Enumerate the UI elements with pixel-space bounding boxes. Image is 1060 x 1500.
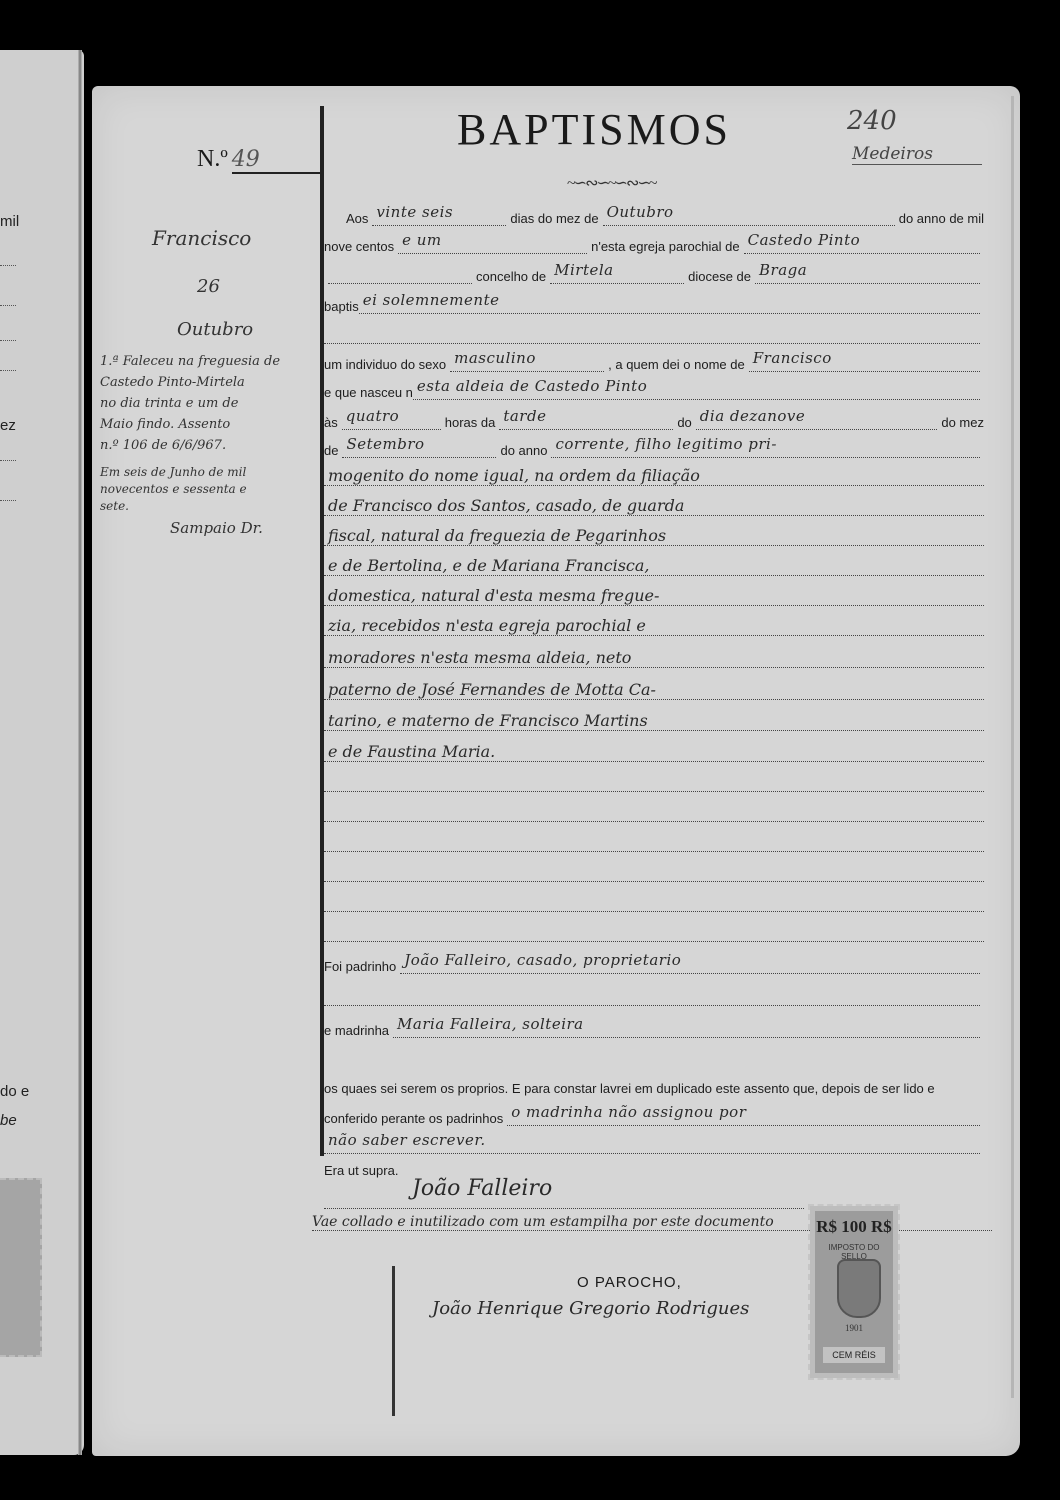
label: de	[324, 443, 338, 458]
field-birth-year: corrente, filho legitimo pri-	[551, 435, 980, 458]
dotted-line	[0, 460, 16, 461]
label: às	[324, 415, 338, 430]
field-godfather: João Falleiro, casado, proprietario	[400, 951, 980, 974]
parocho-signature: João Henrique Gregorio Rodrigues	[432, 1298, 749, 1319]
label: horas da	[445, 415, 496, 430]
register-page: BAPTISMOS ~∽∾∽~∽∾∽~ 240 Medeiros N.º49 F…	[92, 86, 1020, 1456]
form-row-conferido: conferido perante os padrinhos o madrinh…	[324, 1098, 984, 1126]
label: dias do mez de	[510, 211, 598, 226]
body-line: zia, recebidos n'esta egreja parochial e	[324, 608, 984, 636]
body-line	[324, 914, 984, 942]
left-page-fragment: do e	[0, 1083, 29, 1100]
lower-rule	[392, 1266, 395, 1416]
field-blank	[328, 261, 472, 284]
margin-date: 26	[197, 276, 220, 297]
closing-text: os quaes sei serem os proprios. E para c…	[324, 1081, 935, 1096]
entry-number: N.º49	[197, 146, 322, 174]
dotted-line	[0, 370, 16, 371]
label: do mez	[941, 415, 984, 430]
field-concelho: Mirtela	[550, 261, 684, 284]
label: diocese de	[688, 269, 751, 284]
label: e que nasceu n	[324, 385, 413, 400]
field-godmother: Maria Falleira, solteira	[393, 1015, 980, 1038]
form-row-godfather: Foi padrinho João Falleiro, casado, prop…	[324, 946, 984, 974]
coat-of-arms-icon	[837, 1259, 881, 1318]
revenue-stamp: R$ 100 R$ IMPOSTO DO SELLO 1901 CEM RÉIS	[810, 1206, 898, 1378]
entry-number-label: N.º	[197, 146, 228, 172]
body-line	[324, 884, 984, 912]
form-row-concelho: concelho de Mirtela diocese de Braga	[324, 256, 984, 284]
parocho-label: O PAROCHO,	[577, 1274, 682, 1291]
entry-number-value: 49	[232, 147, 322, 174]
label: n'esta egreja parochial de	[591, 239, 739, 254]
field-baptism-type: ei solemnemente	[359, 291, 980, 314]
label: do anno	[500, 443, 547, 458]
form-row-blank	[324, 316, 984, 344]
label: Foi padrinho	[324, 959, 396, 974]
dotted-line	[0, 340, 16, 341]
godfather-signature: João Falleiro	[412, 1176, 552, 1201]
stamp-denomination: CEM RÉIS	[823, 1347, 885, 1363]
label: conferido perante os padrinhos	[324, 1111, 503, 1126]
note-line: sete.	[100, 498, 320, 515]
title-ornament: ~∽∾∽~∽∾∽~	[567, 173, 655, 193]
label: do anno de mil	[899, 211, 984, 226]
field-hour: quatro	[342, 407, 441, 430]
body-line: fiscal, natural da freguezia de Pegarinh…	[324, 518, 984, 546]
form-row-time: às quatro horas da tarde do dia dezanove…	[324, 402, 984, 430]
field-name: Francisco	[749, 349, 980, 372]
stamp-value: R$ 100 R$	[815, 1217, 893, 1237]
form-row-era: Era ut supra.	[324, 1150, 984, 1178]
label: nove centos	[324, 239, 394, 254]
form-row-birth-month: de Setembro do anno corrente, filho legi…	[324, 430, 984, 458]
body-line	[324, 824, 984, 852]
body-line	[324, 854, 984, 882]
left-page-fragment: mil	[0, 213, 19, 230]
margin-death-note: 1.ª Faleceu na freguesia de Castedo Pint…	[100, 351, 320, 541]
margin-name: Francisco	[152, 226, 251, 250]
page-edge	[1011, 96, 1014, 1398]
left-page-fragment: ez	[0, 417, 16, 434]
form-row-baptism: baptis ei solemnemente	[324, 286, 984, 314]
note-line: Maio findo. Assento	[100, 414, 320, 435]
form-row-birthplace: e que nasceu n esta aldeia de Castedo Pi…	[324, 372, 984, 400]
margin-month: Outubro	[177, 319, 253, 340]
note-line: no dia trinta e um de	[100, 393, 320, 414]
corner-number: 240	[847, 106, 897, 136]
form-row-sex-name: um individuo do sexo masculino , a quem …	[324, 344, 984, 372]
label: um individuo do sexo	[324, 357, 446, 372]
note-line: novecentos e sessenta e	[100, 481, 320, 498]
body-line: de Francisco dos Santos, casado, de guar…	[324, 488, 984, 516]
label: Aos	[346, 211, 368, 226]
era-ut-supra: Era ut supra.	[324, 1163, 398, 1178]
label: do	[677, 415, 691, 430]
body-line	[324, 764, 984, 792]
dotted-line	[0, 265, 16, 266]
note-line: 1.ª Faleceu na freguesia de	[100, 351, 320, 372]
form-row-year-parish: nove centos e um n'esta egreja parochial…	[324, 226, 984, 254]
field-day-of-birth: dia dezanove	[696, 407, 938, 430]
body-line: domestica, natural d'esta mesma fregue-	[324, 578, 984, 606]
field-sex: masculino	[450, 349, 604, 372]
page-title: BAPTISMOS	[457, 104, 731, 155]
label: e madrinha	[324, 1023, 389, 1038]
corner-word: Medeiros	[852, 144, 982, 165]
field-period: tarde	[499, 407, 673, 430]
field-diocese: Braga	[755, 261, 980, 284]
field-month: Outubro	[603, 203, 895, 226]
dotted-line	[0, 500, 16, 501]
body-line: e de Bertolina, e de Mariana Francisca,	[324, 548, 984, 576]
note-line: Em seis de Junho de mil	[100, 464, 320, 481]
body-line: e de Faustina Maria.	[324, 734, 984, 762]
body-line	[324, 794, 984, 822]
stamp-year: 1901	[815, 1323, 893, 1333]
body-line: tarino, e materno de Francisco Martins	[324, 703, 984, 731]
form-row-closing: os quaes sei serem os proprios. E para c…	[324, 1068, 984, 1096]
dotted-line	[0, 305, 16, 306]
left-page-fragment: be	[0, 1112, 17, 1129]
body-line: mogenito do nome igual, na ordem da fili…	[324, 458, 984, 486]
note-line: n.º 106 de 6/6/967.	[100, 435, 320, 456]
form-row-date: Aos vinte seis dias do mez de Outubro do…	[324, 198, 984, 226]
field-parish: Castedo Pinto	[744, 231, 980, 254]
form-row-godmother: e madrinha Maria Falleira, solteira	[324, 1010, 984, 1038]
label: , a quem dei o nome de	[608, 357, 745, 372]
body-line: moradores n'esta mesma aldeia, neto	[324, 640, 984, 668]
field-birth-month: Setembro	[342, 435, 496, 458]
field-day: vinte seis	[372, 203, 506, 226]
field-year: e um	[398, 231, 587, 254]
label: concelho de	[476, 269, 546, 284]
book-gutter	[78, 50, 82, 1455]
signature-line	[324, 1208, 804, 1209]
left-page-stamp	[0, 1178, 42, 1357]
margin-signature: Sampaio Dr.	[100, 515, 320, 541]
label: baptis	[324, 299, 359, 314]
field-blank	[324, 321, 980, 344]
body-line: paterno de José Fernandes de Motta Ca-	[324, 672, 984, 700]
field-conferido: o madrinha não assignou por	[507, 1103, 980, 1126]
note-line: Castedo Pinto-Mirtela	[100, 372, 320, 393]
field-birthplace: esta aldeia de Castedo Pinto	[413, 377, 980, 400]
form-row-blank	[324, 978, 984, 1006]
field-blank	[324, 983, 980, 1006]
